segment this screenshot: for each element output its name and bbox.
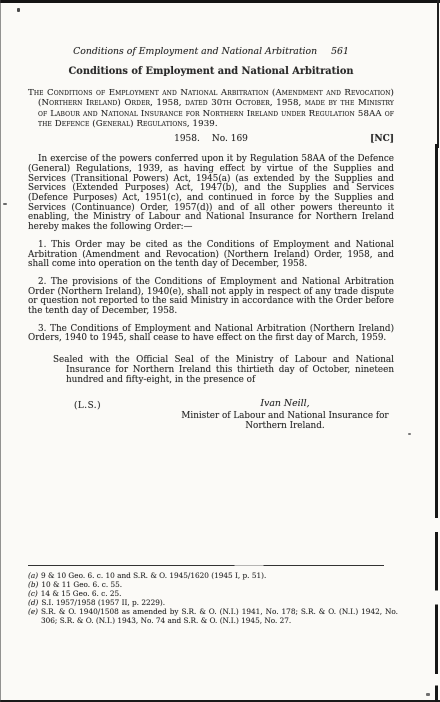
page-number: 561 xyxy=(331,46,349,57)
signatory: Ivan Neill, Minister of Labour and Natio… xyxy=(178,399,392,432)
footnote-text: 10 & 11 Geo. 6. c. 55. xyxy=(41,580,122,589)
scan-speck xyxy=(3,203,7,205)
preamble-paragraph: In exercise of the powers conferred upon… xyxy=(28,155,394,233)
footnote-label: (e) xyxy=(28,607,41,616)
article-1: 1. This Order may be cited as the Condit… xyxy=(28,241,394,270)
footnote-label: (a) xyxy=(28,571,41,580)
order-year: 1958. xyxy=(174,134,200,144)
order-number: No. 169 xyxy=(212,134,248,144)
footnotes: (a)9 & 10 Geo. 6. c. 10 and S.R. & O. 19… xyxy=(28,565,398,625)
article-2: 2. The provisions of the Conditions of E… xyxy=(28,278,394,317)
signatory-name: Ivan Neill, xyxy=(178,399,392,409)
document-title: Conditions of Employment and National Ar… xyxy=(28,66,394,77)
footnote-text: S.I. 1957/1958 (1957 II, p. 2229). xyxy=(41,598,165,607)
scan-speck xyxy=(408,433,411,435)
headnote: The Conditions of Employment and Nationa… xyxy=(28,88,394,129)
footnote-text: 14 & 15 Geo. 6. c. 25. xyxy=(41,589,122,598)
footnote-rule xyxy=(28,565,384,566)
sealing-clause: Sealed with the Official Seal of the Min… xyxy=(53,356,394,386)
page-content: Conditions of Employment and National Ar… xyxy=(28,0,394,443)
scanned-document-page: Conditions of Employment and National Ar… xyxy=(0,0,440,702)
signature-block: (L.S.) Ivan Neill, Minister of Labour an… xyxy=(28,399,394,443)
category-tag: [NC] xyxy=(370,134,394,145)
scan-edge-right xyxy=(435,144,438,702)
scan-edge-right-upper xyxy=(437,0,439,148)
footnote-text: 9 & 10 Geo. 6. c. 10 and S.R. & O. 1945/… xyxy=(41,571,266,580)
footnote-label: (d) xyxy=(28,598,41,607)
footnote-label: (b) xyxy=(28,580,41,589)
order-reference-line: 1958.No. 169 [NC] xyxy=(28,134,394,145)
running-head: Conditions of Employment and National Ar… xyxy=(28,46,394,57)
running-head-title: Conditions of Employment and National Ar… xyxy=(73,46,317,57)
scan-edge-left xyxy=(0,0,1,702)
footnote-item: (e)S.R. & O. 1940/1508 as amended by S.R… xyxy=(28,608,398,626)
scan-speck xyxy=(17,8,20,12)
footnote-label: (c) xyxy=(28,589,41,598)
footnote-text: S.R. & O. 1940/1508 as amended by S.R. &… xyxy=(41,607,398,625)
article-3: 3. The Conditions of Employment and Nati… xyxy=(28,325,394,344)
scan-speck xyxy=(426,693,430,696)
signatory-title: Minister of Labour and National Insuranc… xyxy=(178,412,392,432)
seal-mark: (L.S.) xyxy=(74,401,101,411)
